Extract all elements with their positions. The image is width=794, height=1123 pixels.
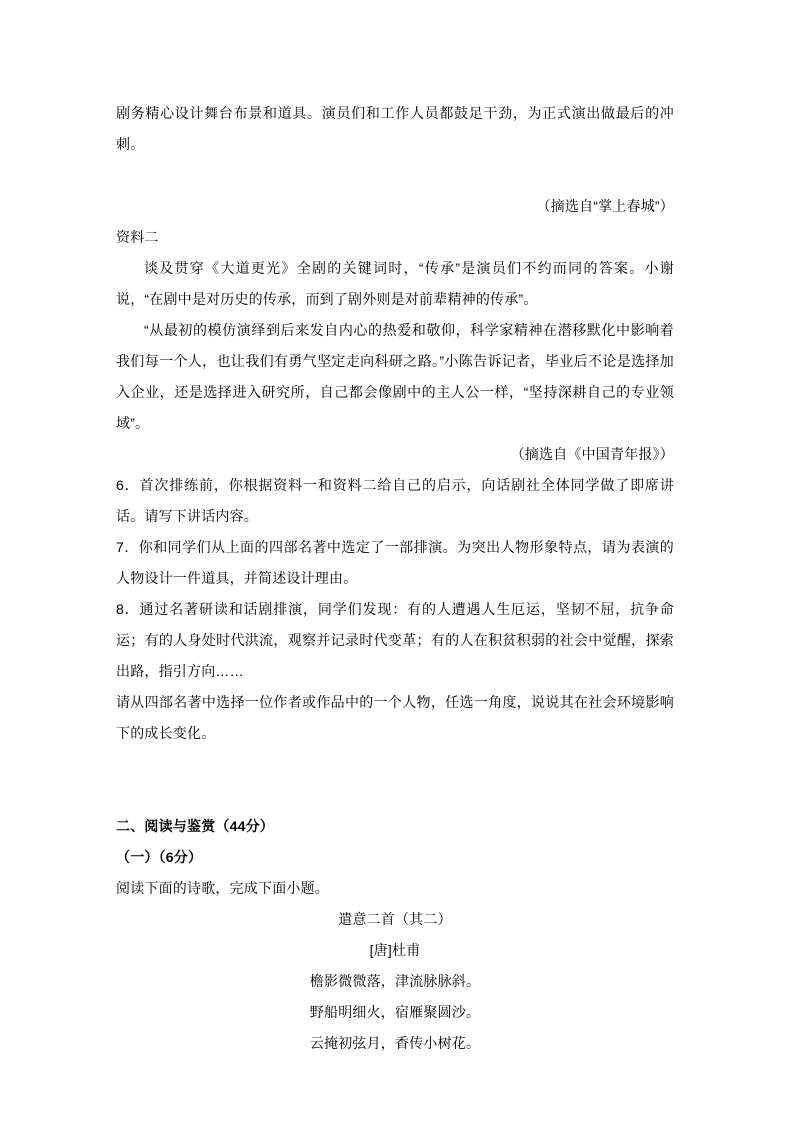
reading-instruction: 阅读下面的诗歌，完成下面小题。: [116, 873, 674, 904]
question-6-text: 6．首次排练前，你根据资料一和资料二给自己的启示，向话剧社全体同学做了即席讲话。…: [116, 470, 674, 532]
subsection-one-heading: （一）（6分）: [116, 842, 674, 873]
poem-line-3: 云掩初弦月，香传小树花。: [116, 1028, 674, 1059]
material-two-paragraph-1: 谈及贯穿《大道更光》全剧的关键词时，“传承”是演员们不约而同的答案。小谢说，“在…: [116, 253, 674, 315]
question-8-text-part-1: 8．通过名著研读和话剧排演，同学们发现：有的人遭遇人生厄运，坚韧不屈，抗争命运；…: [116, 594, 674, 687]
material-two-paragraph-2: “从最初的模仿演绎到后来发自内心的热爱和敬仰，科学家精神在潜移默化中影响着我们每…: [116, 315, 674, 439]
poem-title: 遣意二首（其二）: [116, 904, 674, 935]
material-one-continuation-text: 剧务精心设计舞台布景和道具。演员们和工作人员都鼓足干劲，为正式演出做最后的冲刺。: [116, 98, 674, 160]
document-page: 剧务精心设计舞台布景和道具。演员们和工作人员都鼓足干劲，为正式演出做最后的冲刺。…: [0, 0, 794, 1123]
material-one-source-citation: （摘选自“掌上春城”）: [116, 191, 674, 222]
poem-line-2: 野船明细火，宿雁聚圆沙。: [116, 997, 674, 1028]
material-two-label: 资料二: [116, 222, 674, 253]
question-7-text: 7．你和同学们从上面的四部名著中选定了一部排演。为突出人物形象特点，请为表演的人…: [116, 532, 674, 594]
section-two-heading: 二、阅读与鉴赏（44分）: [116, 811, 674, 842]
poem-line-1: 檐影微微落，津流脉脉斜。: [116, 966, 674, 997]
material-two-source-citation: （摘选自《中国青年报》）: [116, 439, 674, 470]
document-content: 剧务精心设计舞台布景和道具。演员们和工作人员都鼓足干劲，为正式演出做最后的冲刺。…: [116, 98, 674, 1059]
poem-author: [唐]杜甫: [116, 935, 674, 966]
question-8-text-part-2: 请从四部名著中选择一位作者或作品中的一个人物，任选一角度，说说其在社会环境影响下…: [116, 687, 674, 749]
